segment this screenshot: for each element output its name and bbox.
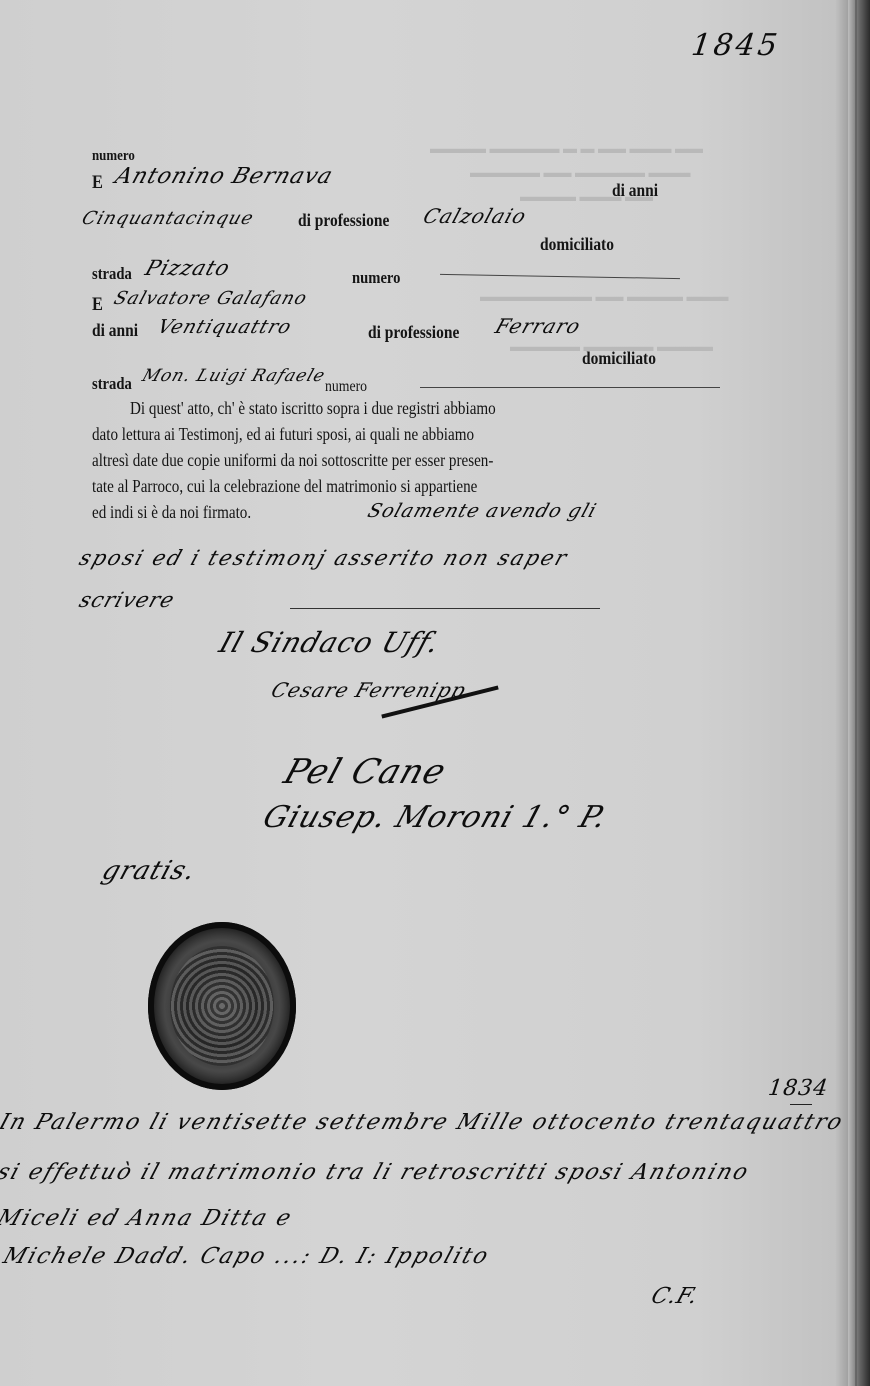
bleed-through-text: ▬▬▬▬▬▬▬▬ ▬▬ ▬▬▬▬ ▬▬▬ — [480, 290, 729, 306]
closing-line — [290, 608, 600, 609]
spouse-1-name: Antonino Bernava — [112, 164, 336, 189]
label-numero-1: numero — [352, 268, 400, 288]
prefix-e-spouse-2: E — [92, 294, 103, 316]
annotation-initials: C.F. — [648, 1284, 702, 1309]
annotation-line: Miceli ed Anna Ditta e — [0, 1206, 296, 1231]
label-domiciliato-2: domiciliato — [582, 348, 656, 369]
printed-paragraph-line: altresì date due copie uniformi da noi s… — [92, 450, 493, 471]
label-professione-1: di professione — [298, 210, 389, 231]
label-di-anni-2: di anni — [92, 320, 138, 341]
handwritten-continuation: sposi ed i testimonj asserito non saper — [76, 546, 571, 570]
cancelliere-title: Pel Cane — [279, 752, 451, 792]
bleed-through-text: ▬▬▬▬ ▬▬▬▬▬ ▬ ▬ ▬▬ ▬▬▬ ▬▬ — [430, 142, 703, 158]
handwritten-continuation: scrivere — [76, 588, 178, 612]
bottom-year: 1834 — [764, 1076, 832, 1101]
label-domiciliato-1: domiciliato — [540, 234, 614, 255]
label-numero: numero — [92, 148, 135, 165]
handwritten-continuation: Solamente avendo gli — [365, 500, 600, 522]
annotation-line: Michele Dadd. Capo ...: D. I: Ippolito — [0, 1244, 493, 1269]
label-professione-2: di professione — [368, 322, 459, 343]
spouse-1-profession: Calzolaio — [420, 204, 530, 228]
printed-paragraph-line: Di quest' atto, ch' è stato iscritto sop… — [130, 398, 496, 419]
spouse-2-street: Mon. Luigi Rafaele — [140, 366, 329, 386]
spouse-2-name: Salvatore Galafano — [111, 288, 310, 309]
spouse-2-profession: Ferraro — [492, 314, 584, 338]
printed-paragraph-line: ed indi si è da noi firmato. — [92, 502, 251, 523]
spouse-1-street: Pizzato — [142, 256, 233, 280]
ink-seal-stamp — [148, 922, 296, 1090]
cancelliere-signature: Giusep. Moroni 1.° P. — [259, 800, 612, 835]
printed-paragraph-line: tate al Parroco, cui la celebrazione del… — [92, 476, 477, 497]
margin-note-gratis: gratis. — [98, 856, 200, 886]
page-edge-shadow — [848, 0, 870, 1386]
year-underline — [790, 1104, 812, 1105]
printed-paragraph-line: dato lettura ai Testimonj, ed ai futuri … — [92, 424, 474, 445]
page-fold-line — [855, 0, 857, 1386]
blank-line — [420, 387, 720, 388]
label-di-anni-1: di anni — [612, 180, 658, 201]
label-strada-2: strada — [92, 374, 132, 394]
scanned-page: ▬▬▬▬ ▬▬▬▬▬ ▬ ▬ ▬▬ ▬▬▬ ▬▬ ▬▬▬▬▬ ▬▬ ▬▬▬▬▬ … — [0, 0, 870, 1386]
seal-emblem-icon — [170, 946, 274, 1066]
sindaco-signature: Cesare Ferrenipp — [268, 678, 469, 702]
annotation-line: si effettuò il matrimonio tra li retrosc… — [0, 1160, 753, 1185]
prefix-e-spouse-1: E — [92, 172, 103, 194]
spouse-1-age: Cinquantacinque — [79, 208, 257, 229]
year-annotation: 1845 — [686, 28, 786, 63]
spouse-2-age: Ventiquattro — [155, 316, 295, 338]
label-numero-2: numero — [325, 378, 367, 396]
sindaco-title: Il Sindaco Uff. — [215, 626, 444, 659]
label-strada-1: strada — [92, 264, 132, 284]
annotation-line: In Palermo li ventisette settembre Mille… — [0, 1110, 847, 1135]
blank-line — [440, 274, 680, 279]
